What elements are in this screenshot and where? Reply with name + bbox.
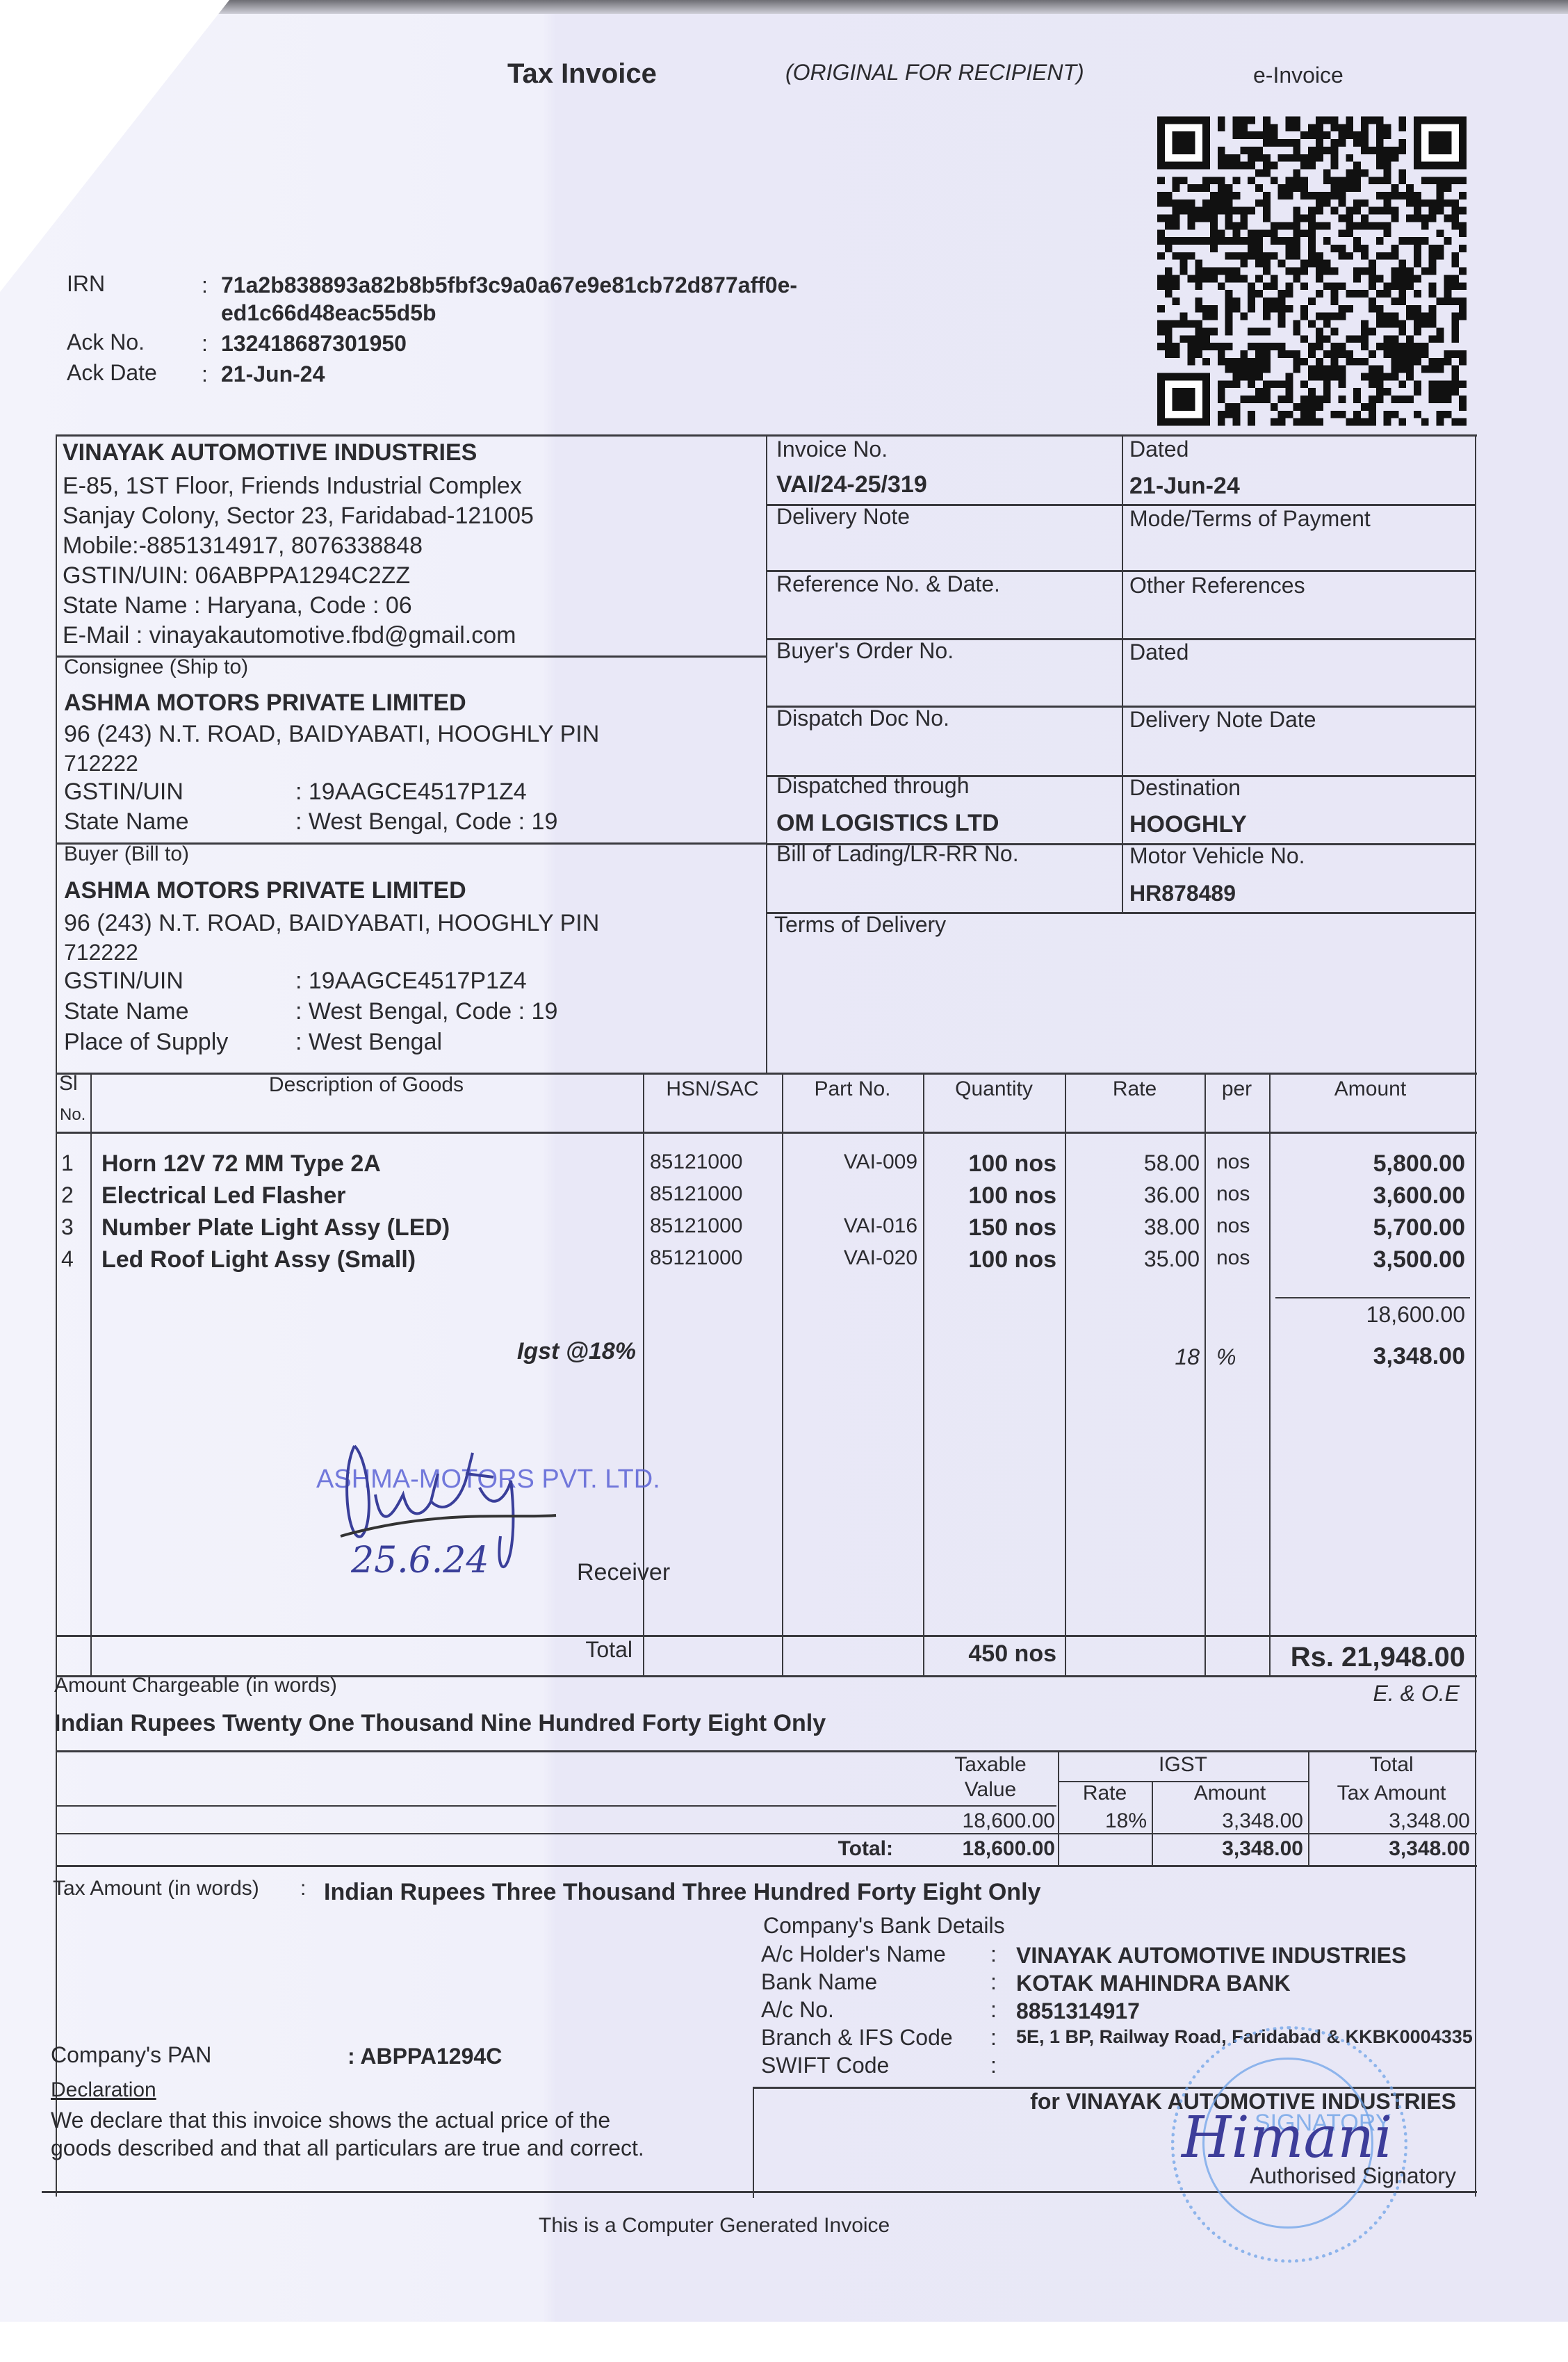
buyer-gstin-label: GSTIN/UIN [64, 968, 183, 995]
scan-shadow [0, 0, 1568, 14]
col-sl-no: No. [60, 1105, 85, 1125]
subtotal-rule [1275, 1297, 1470, 1298]
tax-summary-line [56, 1833, 1477, 1834]
cell-rate: 58.00 [1070, 1150, 1200, 1176]
consignee-state: : West Bengal, Code : 19 [295, 808, 557, 836]
eoe-label: E. & O.E [1321, 1681, 1460, 1707]
delivery-note-date-label: Delivery Note Date [1129, 707, 1316, 733]
cell-quantity: 100 nos [924, 1182, 1056, 1209]
copy-label: (ORIGINAL FOR RECIPIENT) [785, 60, 1084, 85]
dispatch-doc-label: Dispatch Doc No. [776, 706, 949, 731]
amount-in-words: Indian Rupees Twenty One Thousand Nine H… [54, 1710, 826, 1737]
footer-note: This is a Computer Generated Invoice [539, 2214, 890, 2238]
cell-amount: 5,700.00 [1272, 1214, 1465, 1241]
total-amount: Rs. 21,948.00 [1269, 1642, 1465, 1673]
cell-per: nos [1216, 1214, 1265, 1238]
bank-label: Branch & IFS Code [761, 2025, 953, 2051]
seller-line: E-Mail : vinayakautomotive.fbd@gmail.com [63, 622, 516, 649]
scan-fold [0, 0, 229, 292]
tax-totals-amount: 3,348.00 [1154, 1837, 1303, 1861]
cell-description: Number Plate Light Assy (LED) [101, 1214, 637, 1241]
ack-no-sep: : [202, 331, 208, 357]
col-sl: Sl [59, 1072, 78, 1096]
cell-quantity: 100 nos [924, 1246, 1056, 1273]
bank-value: VINAYAK AUTOMOTIVE INDUSTRIES [1016, 1943, 1406, 1969]
meta-col-divider [1122, 434, 1123, 914]
delivery-note-label: Delivery Note [776, 504, 910, 530]
tax-row-taxable: 18,600.00 [917, 1809, 1055, 1833]
reference-label: Reference No. & Date. [776, 571, 1000, 597]
place-of-supply-label: Place of Supply [64, 1029, 228, 1056]
cell-part: VAI-020 [785, 1246, 917, 1270]
tax-row-rate: 18% [1063, 1809, 1147, 1833]
cell-description: Horn 12V 72 MM Type 2A [101, 1150, 637, 1178]
destination: HOOGHLY [1129, 811, 1247, 838]
dated-label: Dated [1129, 437, 1189, 462]
cell-sl: 3 [61, 1214, 82, 1240]
receiver-label: Receiver [577, 1559, 670, 1586]
bank-sep: : [990, 1969, 997, 1995]
payment-terms-label: Mode/Terms of Payment [1129, 506, 1371, 532]
cell-hsn: 85121000 [650, 1150, 775, 1174]
tax-totals-taxable: 18,600.00 [917, 1837, 1055, 1861]
cell-sl: 4 [61, 1246, 82, 1272]
items-column-line [1269, 1073, 1271, 1675]
seller-line: GSTIN/UIN: 06ABPPA1294C2ZZ [63, 562, 410, 589]
receiver-date: 25.6.24 [351, 1540, 489, 1581]
tax-words-label: Tax Amount (in words) [53, 1877, 259, 1900]
col-amount: Amount [1269, 1077, 1471, 1101]
tax-in-words: Indian Rupees Three Thousand Three Hundr… [324, 1879, 1040, 1906]
bank-label: A/c Holder's Name [761, 1941, 946, 1967]
bank-sep: : [990, 2053, 997, 2078]
pan-label: Company's PAN [51, 2042, 211, 2068]
igst-rate-label: Rate [1058, 1782, 1152, 1805]
buyer-name: ASHMA MOTORS PRIVATE LIMITED [64, 877, 466, 904]
declaration-line1: We declare that this invoice shows the a… [51, 2108, 610, 2133]
cell-amount: 3,500.00 [1272, 1246, 1465, 1273]
bank-title: Company's Bank Details [763, 1913, 1005, 1939]
col-hsn: HSN/SAC [643, 1077, 782, 1101]
tax-label: Igst @18% [417, 1338, 636, 1365]
destination-label: Destination [1129, 775, 1241, 801]
qr-code-icon [1157, 115, 1467, 427]
irn-label: IRN [67, 271, 105, 297]
total-label: Total [417, 1637, 632, 1663]
items-column-line [1204, 1073, 1206, 1675]
tax-row-amount: 3,348.00 [1154, 1809, 1303, 1833]
buyer-address2: 712222 [64, 940, 138, 966]
tax-summary-line [56, 1865, 1477, 1867]
col-quantity: Quantity [923, 1077, 1065, 1101]
frame-right [1475, 434, 1476, 2197]
bank-sep: : [990, 1997, 997, 2023]
invoice-no-label: Invoice No. [776, 437, 888, 462]
subtotal: 18,600.00 [1272, 1302, 1465, 1328]
col-per: per [1204, 1077, 1269, 1101]
scan-margin [0, 2322, 1568, 2362]
consignee-name: ASHMA MOTORS PRIVATE LIMITED [64, 690, 466, 717]
items-header-bottom [56, 1132, 1477, 1134]
declaration-title: Declaration [51, 2078, 156, 2102]
tax-amount: 3,348.00 [1272, 1343, 1465, 1370]
buyer-state: : West Bengal, Code : 19 [295, 998, 557, 1025]
declaration-line2: goods described and that all particulars… [51, 2135, 644, 2161]
cell-description: Electrical Led Flasher [101, 1182, 637, 1209]
consignee-state-label: State Name [64, 808, 189, 836]
invoice-no: VAI/24-25/319 [776, 471, 927, 498]
vehicle-label: Motor Vehicle No. [1129, 843, 1305, 869]
cell-description: Led Roof Light Assy (Small) [101, 1246, 637, 1273]
cell-quantity: 150 nos [924, 1214, 1056, 1241]
terms-of-delivery-label: Terms of Delivery [774, 912, 946, 938]
dispatched-through-label: Dispatched through [776, 773, 970, 799]
items-column-line [782, 1073, 783, 1675]
authorised-signatory-label: Authorised Signatory [1182, 2163, 1456, 2189]
consignee-label: Consignee (Ship to) [64, 655, 248, 679]
cell-sl: 2 [61, 1182, 82, 1208]
tax-totals-label: Total: [751, 1837, 893, 1861]
cell-sl: 1 [61, 1150, 82, 1176]
ack-date-value: 21-Jun-24 [221, 361, 325, 387]
ack-date-label: Ack Date [67, 360, 157, 386]
tax-rate: 18 [1070, 1344, 1200, 1370]
ack-date-sep: : [202, 361, 208, 387]
tax-row-total: 3,348.00 [1310, 1809, 1470, 1833]
bank-label: Bank Name [761, 1969, 877, 1995]
seller-line: E-85, 1ST Floor, Friends Industrial Comp… [63, 473, 522, 500]
cell-part: VAI-016 [785, 1214, 917, 1238]
cell-per: nos [1216, 1182, 1265, 1206]
seller-line: State Name : Haryana, Code : 06 [63, 592, 412, 619]
bank-label: SWIFT Code [761, 2053, 889, 2078]
cell-amount: 3,600.00 [1272, 1182, 1465, 1209]
ack-no-value: 132418687301950 [221, 331, 407, 357]
cell-rate: 35.00 [1070, 1246, 1200, 1272]
vehicle-no: HR878489 [1129, 881, 1236, 906]
cell-hsn: 85121000 [650, 1182, 775, 1206]
igst-amount-label: Amount [1152, 1782, 1308, 1805]
sign-box-left [753, 2087, 754, 2198]
col-rate: Rate [1065, 1077, 1204, 1101]
cell-rate: 36.00 [1070, 1182, 1200, 1208]
total-quantity: 450 nos [924, 1640, 1056, 1668]
ack-no-label: Ack No. [67, 329, 145, 355]
buyer-gstin: : 19AAGCE4517P1Z4 [295, 968, 527, 995]
cell-per: nos [1216, 1246, 1265, 1270]
other-references-label: Other References [1129, 573, 1305, 598]
bank-sep: : [990, 1941, 997, 1967]
tax-per: % [1216, 1344, 1236, 1370]
irn-value-line2: ed1c66d48eac55d5b [221, 300, 436, 326]
tax-summary-line [56, 1805, 1056, 1807]
words-divider [56, 1750, 1477, 1752]
irn-sep: : [202, 272, 208, 298]
meta-divider [766, 434, 767, 1074]
invoice-title: Tax Invoice [507, 58, 657, 90]
buyer-state-label: State Name [64, 998, 189, 1025]
col-part: Part No. [782, 1077, 923, 1101]
dated-value: 21-Jun-24 [1129, 473, 1240, 500]
total-tax-label2: Tax Amount [1308, 1782, 1475, 1805]
frame-left [56, 434, 57, 2197]
dispatched-through: OM LOGISTICS LTD [776, 810, 999, 837]
buyer-order-label: Buyer's Order No. [776, 638, 954, 664]
bank-value: 8851314917 [1016, 1998, 1140, 2024]
buyer-label: Buyer (Bill to) [64, 842, 189, 866]
seller-name: VINAYAK AUTOMOTIVE INDUSTRIES [63, 439, 477, 466]
col-description: Description of Goods [92, 1073, 641, 1097]
igst-label: IGST [1058, 1753, 1308, 1777]
pan-value: : ABPPA1294C [348, 2044, 502, 2069]
cell-per: nos [1216, 1150, 1265, 1174]
items-column-line [90, 1073, 92, 1675]
bank-value: KOTAK MAHINDRA BANK [1016, 1971, 1291, 1996]
buyer-address1: 96 (243) N.T. ROAD, BAIDYABATI, HOOGHLY … [64, 910, 599, 937]
consignee-address2: 712222 [64, 751, 138, 776]
seller-line: Mobile:-8851314917, 8076338848 [63, 532, 423, 560]
cell-hsn: 85121000 [650, 1246, 775, 1270]
cell-quantity: 100 nos [924, 1150, 1056, 1178]
bank-sep: : [990, 2025, 997, 2051]
items-total-top [56, 1635, 1477, 1637]
place-of-supply: : West Bengal [295, 1029, 442, 1056]
consignee-gstin: : 19AAGCE4517P1Z4 [295, 779, 527, 806]
einvoice-label: e-Invoice [1253, 63, 1344, 88]
cell-rate: 38.00 [1070, 1214, 1200, 1240]
bank-label: A/c No. [761, 1997, 834, 2023]
cell-part: VAI-009 [785, 1150, 917, 1174]
buyer-order-dated-label: Dated [1129, 640, 1189, 665]
taxable-label1: Taxable [924, 1753, 1056, 1777]
seller-line: Sanjay Colony, Sector 23, Faridabad-1210… [63, 503, 534, 530]
authorised-signature: Himani [1182, 2105, 1392, 2171]
lading-label: Bill of Lading/LR-RR No. [776, 841, 1019, 867]
items-column-line [1065, 1073, 1066, 1675]
taxable-label2: Value [924, 1778, 1056, 1802]
cell-amount: 5,800.00 [1272, 1150, 1465, 1178]
tax-words-sep: : [300, 1877, 306, 1900]
amount-words-label: Amount Chargeable (in words) [54, 1674, 337, 1697]
consignee-gstin-label: GSTIN/UIN [64, 779, 183, 806]
total-tax-label1: Total [1308, 1753, 1475, 1777]
irn-value-line1: 71a2b838893a82b8b5fbf3c9a0a67e9e81cb72d8… [221, 272, 797, 298]
cell-hsn: 85121000 [650, 1214, 775, 1238]
tax-totals-total: 3,348.00 [1310, 1837, 1470, 1861]
consignee-address1: 96 (243) N.T. ROAD, BAIDYABATI, HOOGHLY … [64, 721, 599, 748]
